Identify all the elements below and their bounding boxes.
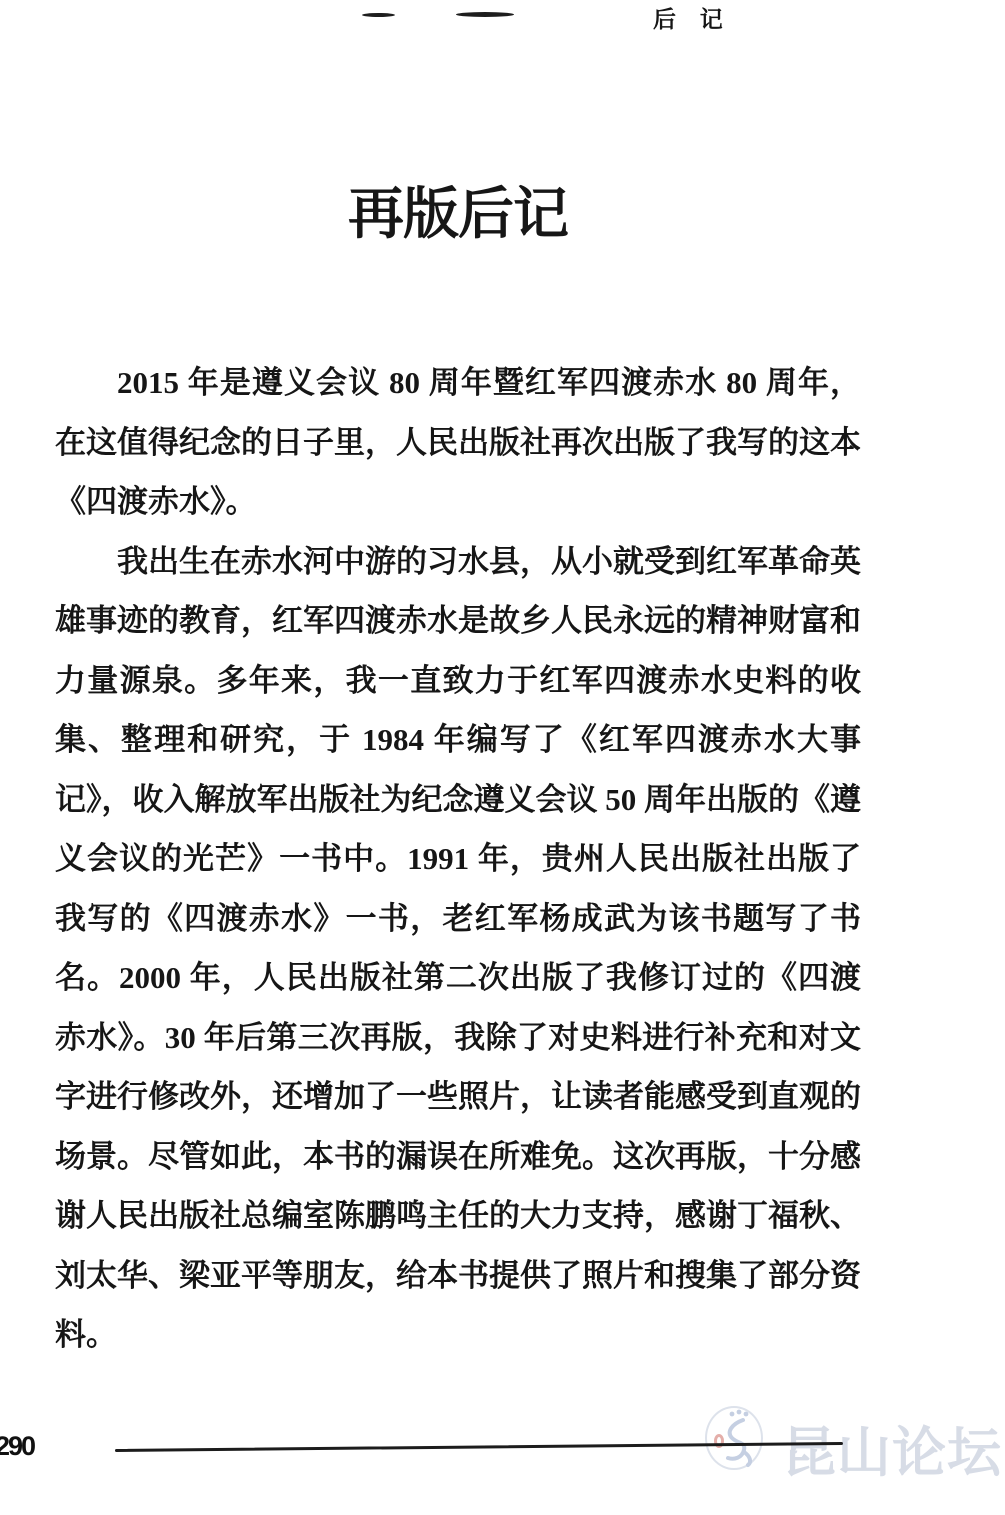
watermark-text: 昆山论坛 (782, 1410, 1002, 1487)
header-dash-mark (456, 12, 514, 17)
page-number: 290 (0, 1431, 34, 1462)
running-header: 后 记 (653, 1, 732, 34)
book-page: 后 记 再版后记 2015 年是遵义会议 80 周年暨红军四渡赤水 80 周年，… (0, 0, 1005, 1515)
body-text: 2015 年是遵义会议 80 周年暨红军四渡赤水 80 周年，在这值得纪念的日子… (55, 353, 861, 1365)
footer-rule (115, 1442, 843, 1452)
paragraph: 2015 年是遵义会议 80 周年暨红军四渡赤水 80 周年，在这值得纪念的日子… (55, 353, 861, 532)
page-title: 再版后记 (348, 170, 568, 250)
watermark-calligraphy-icon (710, 1408, 760, 1468)
paragraph: 我出生在赤水河中游的习水县，从小就受到红军革命英雄事迹的教育，红军四渡赤水是故乡… (55, 532, 861, 1365)
watermark-logo-circle (705, 1406, 763, 1470)
header-dash-mark (362, 13, 395, 17)
